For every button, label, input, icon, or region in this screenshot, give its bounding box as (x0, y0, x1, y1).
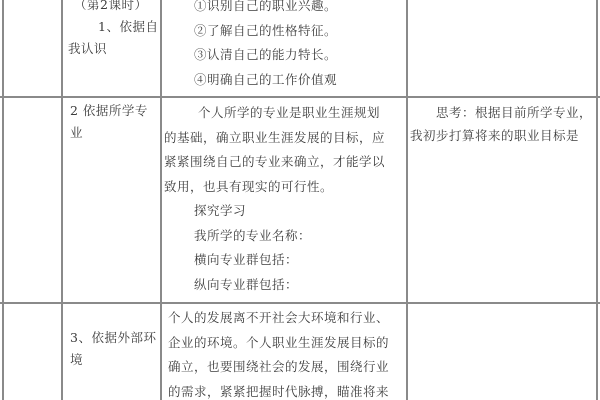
row2-content-line2: 的基础，确立职业生涯发展的目标，应 (164, 126, 404, 151)
table-divider-col3 (406, 0, 408, 400)
row2-content-line8: 纵向专业群包括： (164, 273, 404, 298)
row2-content-line4: 致用，也具有现实的可行性。 (164, 175, 404, 200)
row2-reflection-line2: 我初步打算将来的职业目标是 (410, 124, 596, 147)
row2-content-cell: 个人所学的专业是职业生涯规划 的基础，确立职业生涯发展的目标，应 紧紧围绕自己的… (164, 101, 404, 297)
row2-topic-line2: 业 (70, 122, 160, 144)
row2-content-line5: 探究学习 (164, 199, 404, 224)
row3-content-line3: 确立，也要围绕社会的发展，围绕行业 (168, 355, 404, 380)
row2-reflection-cell: 思考：根据目前所学专业， 我初步打算将来的职业目标是 (410, 101, 596, 147)
table-divider-col2 (160, 0, 162, 400)
row3-content-line4: 的需求，紧紧把握时代脉搏，瞄准将来 (168, 380, 404, 400)
row2-content-line1: 个人所学的专业是职业生涯规划 (164, 101, 404, 126)
row3-topic-line2: 境 (70, 349, 160, 371)
row1-topic-cell: （第2课时） 1、依据自 我认识 (68, 0, 158, 60)
row2-content-line7: 横向专业群包括： (164, 248, 404, 273)
table-border-left (2, 0, 4, 400)
row1-content-line3: ③认清自己的能力特长。 (194, 43, 404, 68)
row3-content-line2: 企业的环境。个人职业生涯发展目标的 (168, 331, 404, 356)
row1-topic-line1: （第2课时） (68, 0, 158, 16)
table-border-right (596, 0, 598, 400)
table-row-divider-2 (0, 302, 600, 304)
row1-content-line1: ①识别自己的职业兴趣。 (194, 0, 404, 19)
table-row-divider-1 (0, 96, 600, 98)
row1-content-cell: ①识别自己的职业兴趣。 ②了解自己的性格特征。 ③认清自己的能力特长。 ④明确自… (194, 0, 404, 92)
row1-topic-line2: 1、依据自 (68, 16, 158, 38)
row3-topic-cell: 3、依据外部环 境 (70, 327, 160, 371)
row2-reflection-line1: 思考：根据目前所学专业， (410, 101, 596, 124)
row2-topic-cell: 2 依据所学专 业 (70, 100, 160, 144)
row2-content-line3: 紧紧围绕自己的专业来确立，才能学以 (164, 150, 404, 175)
row1-topic-line3: 我认识 (68, 38, 158, 60)
table-divider-col1 (61, 0, 63, 400)
row2-topic-line1: 2 依据所学专 (70, 100, 160, 122)
row3-topic-line1: 3、依据外部环 (70, 327, 160, 349)
row2-content-line6: 我所学的专业名称： (164, 224, 404, 249)
row3-content-cell: 个人的发展离不开社会大环境和行业、 企业的环境。个人职业生涯发展目标的 确立，也… (168, 306, 404, 400)
row1-content-line4: ④明确自己的工作价值观 (194, 68, 404, 93)
row3-content-line1: 个人的发展离不开社会大环境和行业、 (168, 306, 404, 331)
document-page: （第2课时） 1、依据自 我认识 ①识别自己的职业兴趣。 ②了解自己的性格特征。… (0, 0, 600, 400)
row1-content-line2: ②了解自己的性格特征。 (194, 19, 404, 44)
